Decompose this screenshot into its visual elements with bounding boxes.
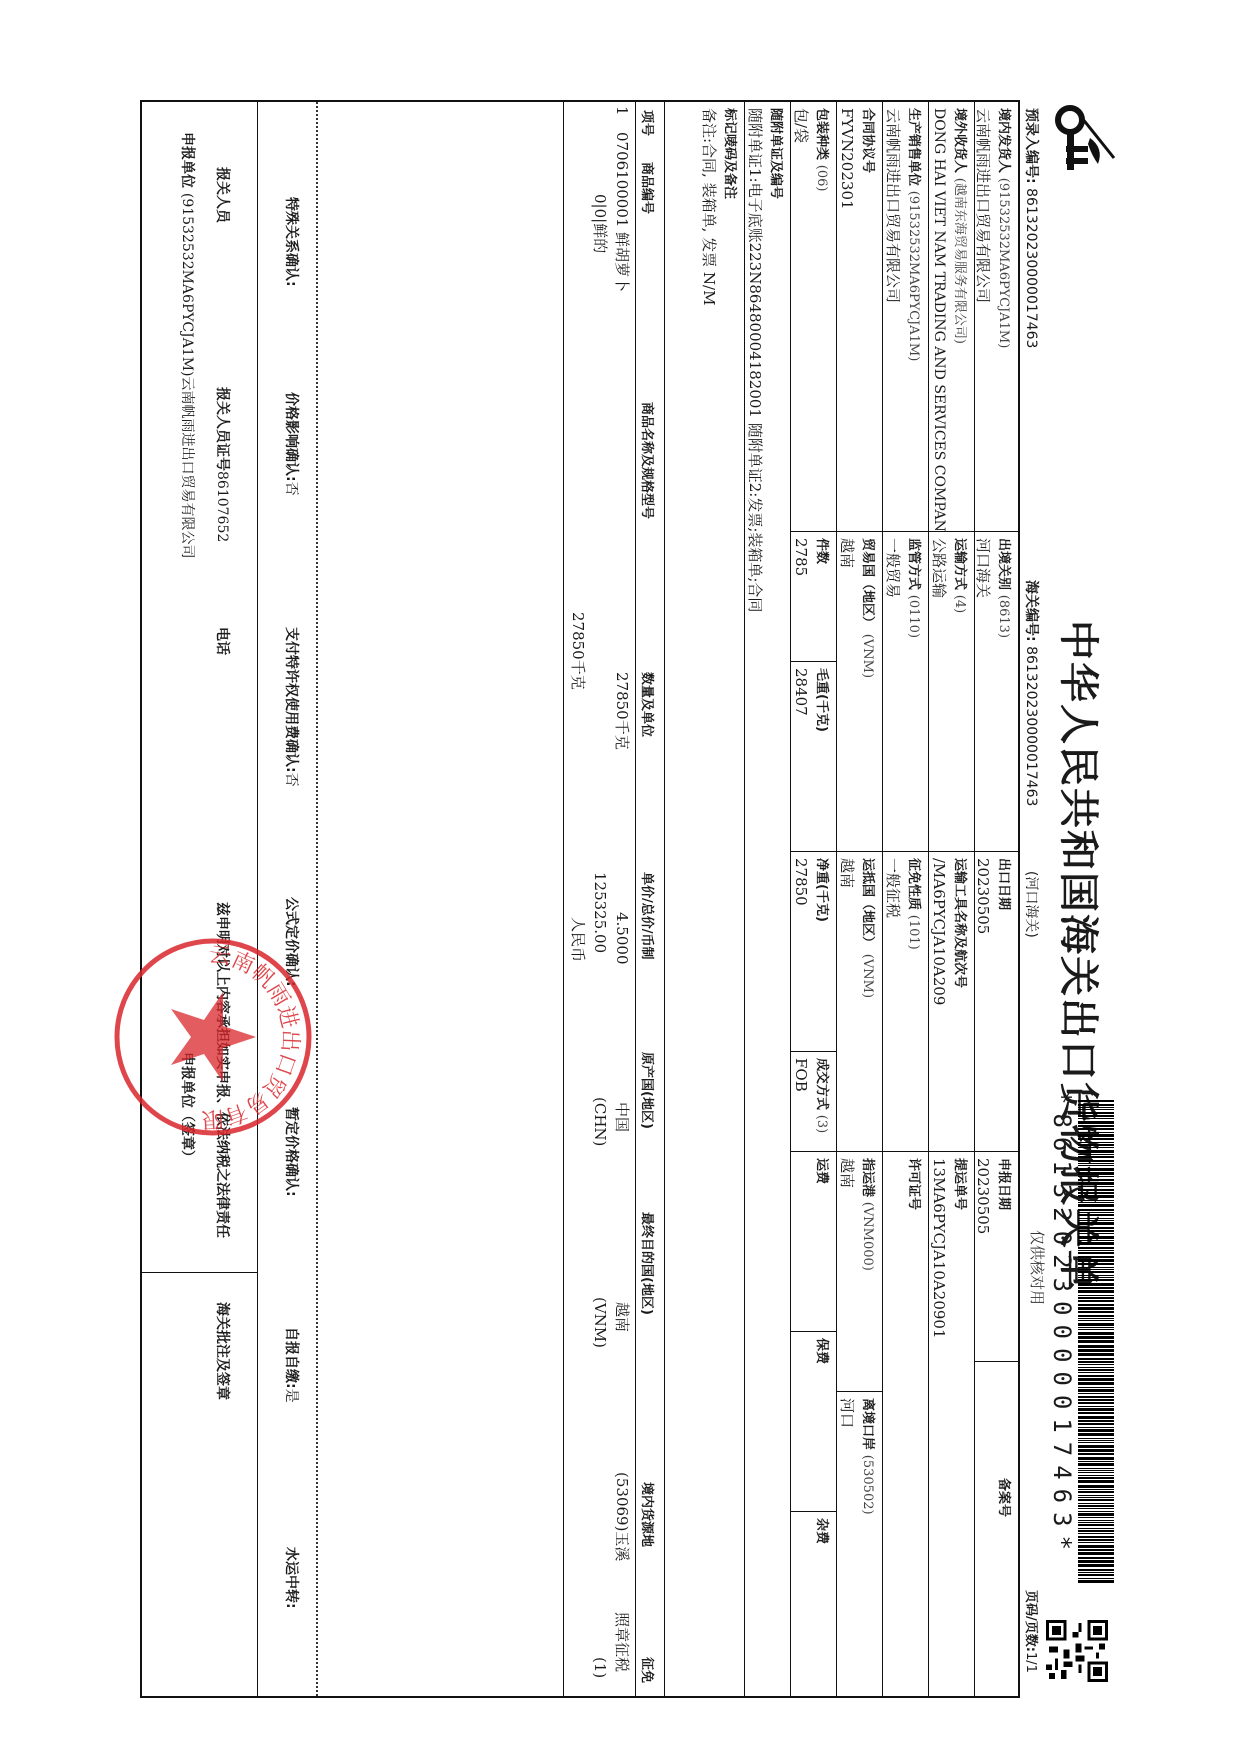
goods-header-hs-code: 商品编号 <box>639 162 658 214</box>
goods-header-levy: 征免 <box>639 1657 658 1683</box>
field-exit-customs: 出境关别 (8613) 河口海关 <box>974 532 1018 852</box>
field-bill-of-lading: 提运单号 13MA6PYCJA10A20901 <box>928 1152 974 1696</box>
field-misc-fees: 杂费 <box>790 1512 836 1696</box>
field-transport-name: 运输工具名称及航次号 /MA6PYCJA10A209 <box>928 852 974 1152</box>
field-license-no: 许可证号 <box>882 1152 928 1696</box>
field-domestic-shipper: 境内发货人 (91532532MA6PYCJA1M) 云南帆雨进出口贸易有限公司 <box>974 102 1018 532</box>
field-producer: 生产销售单位 (91532532MA6PYCJA1M) 云南帆雨进出口贸易有限公… <box>882 102 928 532</box>
confirm-price-influence: 价格影响确认:否 <box>282 392 302 496</box>
confirm-special-relationship: 特殊关系确认: <box>282 197 302 287</box>
field-freight: 运费 <box>790 1152 836 1332</box>
declaration-form: 境内发货人 (91532532MA6PYCJA1M) 云南帆雨进出口贸易有限公司… <box>140 100 1020 1698</box>
field-declaration-date: 申报日期 20230505 <box>974 1152 1018 1362</box>
goods-header-item-no: 项号 <box>639 110 658 136</box>
verification-note: 仅供核对用 <box>1027 1230 1048 1305</box>
company-seal-stamp: 云南帆雨进出口贸易有限公司 <box>108 932 318 1142</box>
pre-entry-number: 预录入编号: 861320230000017463 <box>1022 108 1042 348</box>
customs-declaration-page: 中华人民共和国海关出口货物报关单 *861320230000017463* 预录… <box>110 80 1120 1700</box>
field-supervision-mode: 监管方式 (0110) 一般贸易 <box>882 532 928 852</box>
declaring-unit: 申报单位 (91532532MA6PYCJA1M)云南帆雨进出口贸易有限公司 <box>178 132 198 559</box>
field-levy-nature: 征免性质 (101) 一般征税 <box>882 852 928 1152</box>
customs-number: 海关编号: 861320230000017463 (河口海关) <box>1022 580 1042 938</box>
confirm-water-transit: 水运中转: <box>282 1547 302 1609</box>
field-package-type: 包装种类 (06) 包/袋 <box>790 102 836 532</box>
goods-header-source-place: 境内货源地 <box>639 1482 658 1547</box>
goods-header-price: 单价/总价/币制 <box>639 872 658 960</box>
field-transaction-mode: 成交方式 (3) FOB <box>790 1052 836 1152</box>
phone: 电话 <box>213 627 233 655</box>
customs-endorsement: 海关批注及签章 <box>213 1302 233 1400</box>
goods-header-destination: 最终目的国(地区) <box>639 1212 658 1315</box>
field-packages: 件数 2785 <box>790 532 836 662</box>
goods-header-name: 商品名称及规格型号 <box>639 402 658 519</box>
field-trade-country: 贸易国（地区） (VNM) 越南 <box>836 532 882 852</box>
field-attached-docs: 随附单证及编号 随附单证1:电子底账223N864800041820​01 随附… <box>744 102 790 1696</box>
confirm-royalty: 支付特许权使用费确认:否 <box>282 627 302 787</box>
field-gross-weight: 毛重(千克) 28407 <box>790 662 836 852</box>
field-exit-port: 离境口岸 (530502) 河口 <box>836 1392 882 1696</box>
field-export-date: 出口日期 20230505 <box>974 852 1018 1152</box>
field-insurance: 保费 <box>790 1332 836 1512</box>
goods-header-quantity: 数量及单位 <box>639 672 658 737</box>
field-contract-no: 合同协议号 FYVN202301 <box>836 102 882 532</box>
qr-code-icon <box>1046 1620 1108 1682</box>
goods-header-origin: 原产国(地区) <box>639 1052 658 1129</box>
customs-emblem-icon <box>1050 98 1120 178</box>
barcode <box>1078 1100 1114 1600</box>
field-transport-mode: 运输方式 (4) 公路运输 <box>928 532 974 852</box>
field-net-weight: 净重(千克) 27850 <box>790 852 836 1052</box>
confirm-self-report: 自报自缴:是 <box>282 1327 302 1403</box>
declarant-cert-no: 报关人员证号86107652 <box>213 387 233 542</box>
barcode-text: *861320230000017463* <box>1048 1090 1076 1559</box>
field-port-of-destination: 指运港 (VNM000) 越南 <box>836 1152 882 1392</box>
field-destination-country: 运抵国（地区） (VNM) 越南 <box>836 852 882 1152</box>
page-number: 页码/页数:1/1 <box>1023 1590 1042 1673</box>
field-overseas-consignee: 境外收货人 (越南东海贸易服务有限公司) DONG HAI VIET NAM T… <box>928 102 974 532</box>
field-marks-remarks: 标记唛码及备注 备注:合同, 装箱单, 发票 N/M <box>664 102 744 1696</box>
field-record-no: 备案号 <box>974 1362 1018 1696</box>
declarant: 报关人员 <box>213 167 233 223</box>
